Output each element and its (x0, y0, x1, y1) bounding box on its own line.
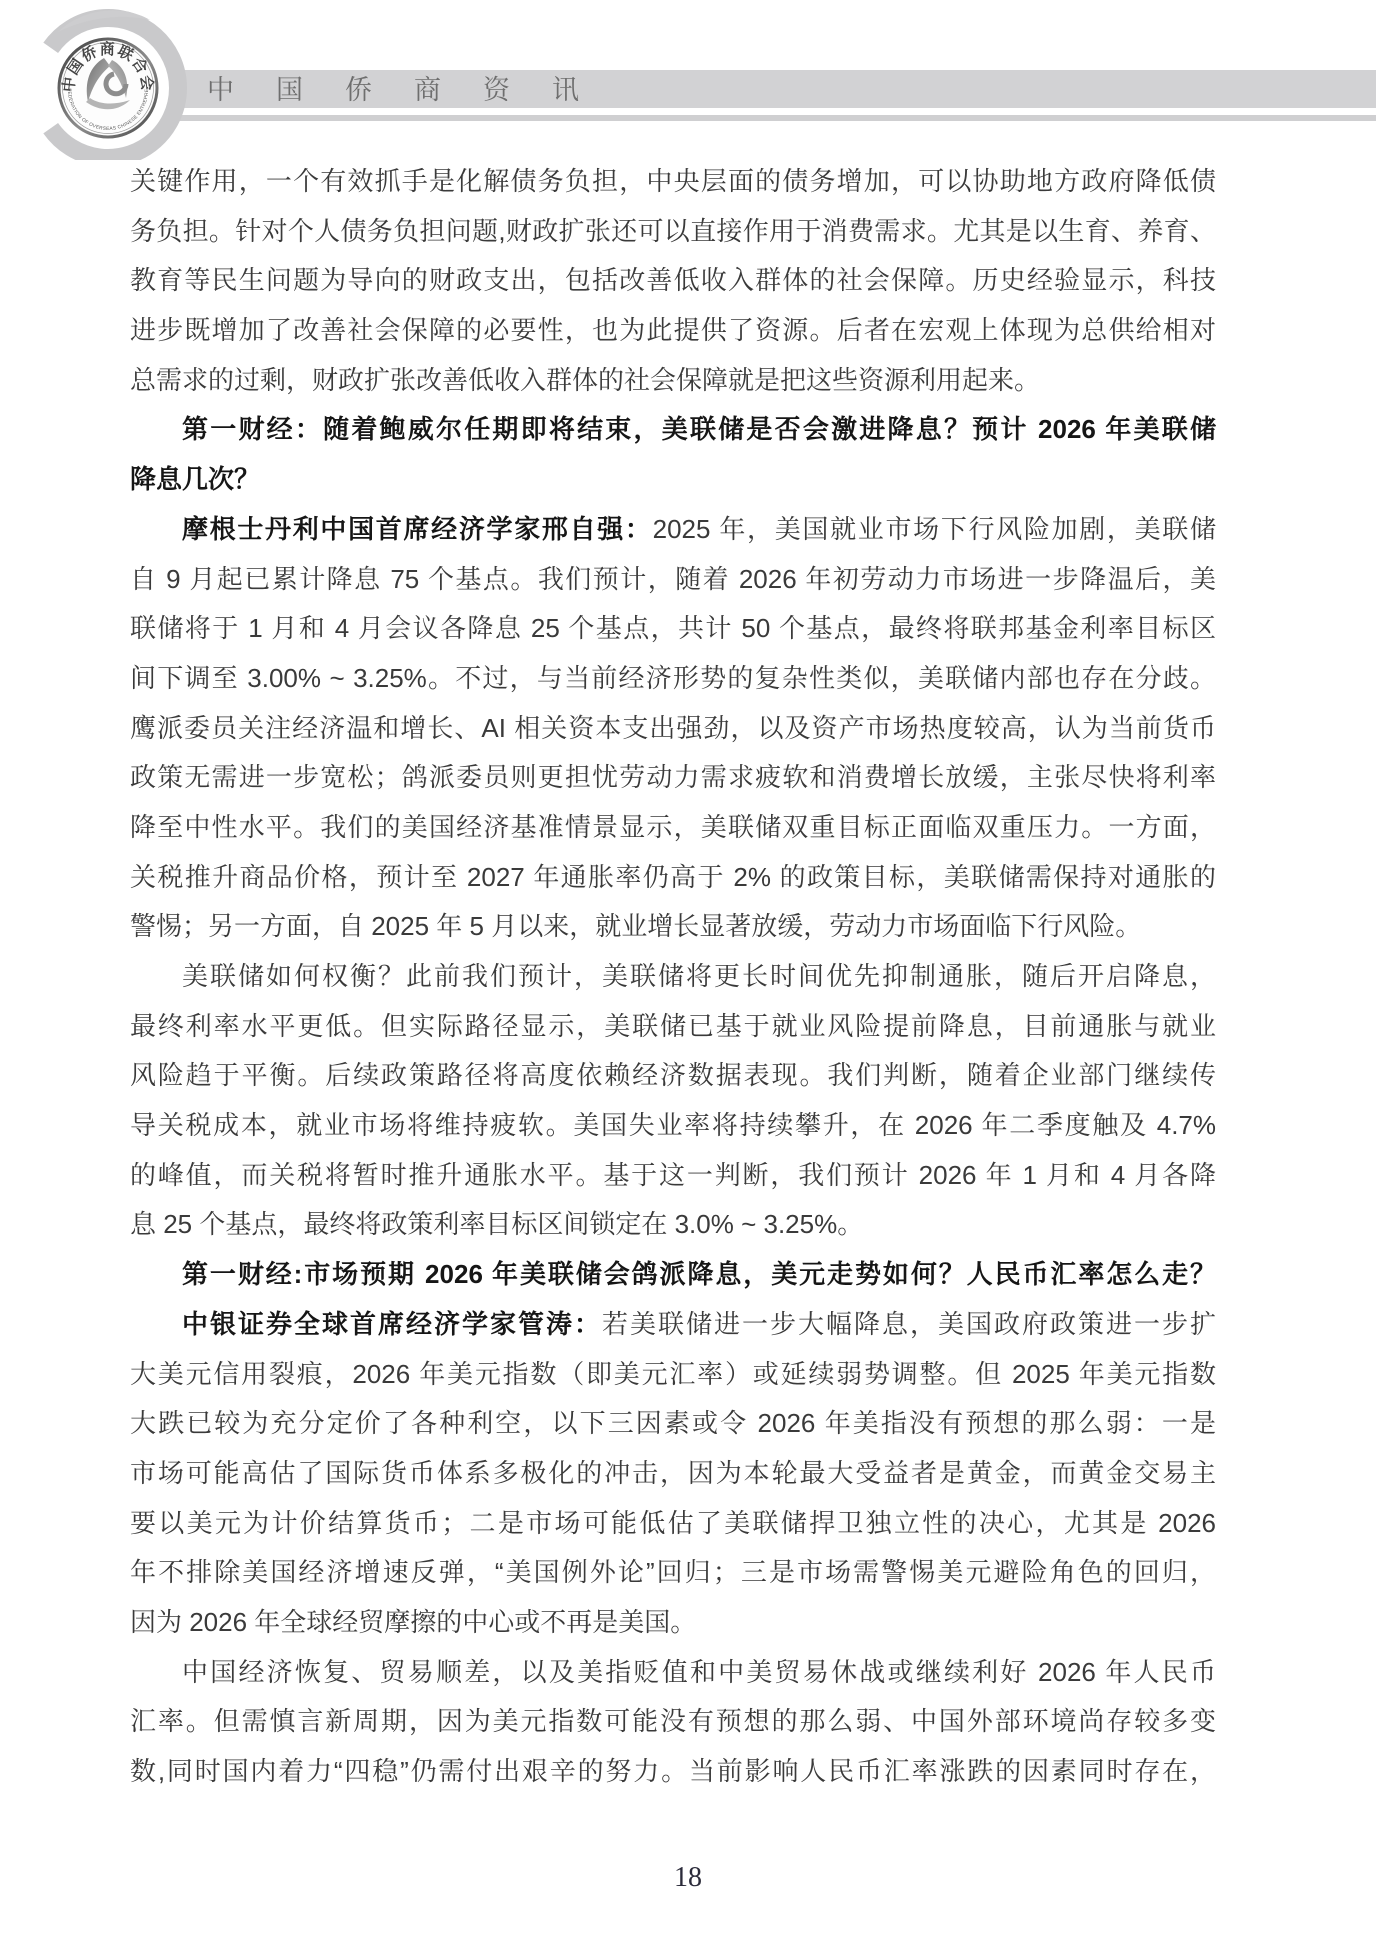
text-line: 汇率。但需慎言新周期，因为美元指数可能没有预想的那么弱、中国外部环境尚存较多变 (130, 1697, 1216, 1747)
text-line: 年不排除美国经济增速反弹，“美国例外论”回归；三是市场需警惕美元避险角色的回归， (130, 1548, 1216, 1598)
text-line: 第一财经：随着鲍威尔任期即将结束，美联储是否会激进降息？预计 2026 年美联储 (130, 405, 1216, 455)
paragraph-xing-ziqiang-answer: 摩根士丹利中国首席经济学家邢自强：2025 年，美国就业市场下行风险加剧，美联储… (130, 505, 1216, 952)
text-line: 美联储如何权衡？此前我们预计，美联储将更长时间优先抑制通胀，随后开启降息， (130, 952, 1216, 1002)
text-line: 因为 2026 年全球经贸摩擦的中心或不再是美国。 (130, 1598, 1216, 1648)
article-body: 关键作用，一个有效抓手是化解债务负担，中央层面的债务增加，可以协助地方政府降低债… (130, 157, 1216, 1797)
document-page: 中国侨商资讯 中国侨商联合会 CHINA FED (0, 0, 1376, 1943)
question-heading-fed-rate-cuts: 第一财经：随着鲍威尔任期即将结束，美联储是否会激进降息？预计 2026 年美联储… (130, 405, 1216, 504)
text-line: 要以美元为计价结算货币；二是市场可能低估了美联储捍卫独立性的决心，尤其是 202… (130, 1499, 1216, 1549)
header-underline-bar (140, 115, 1376, 121)
text-line: 总需求的过剩，财政扩张改善低收入群体的社会保障就是把这些资源利用起来。 (130, 356, 1216, 406)
text-line: 降至中性水平。我们的美国经济基准情景显示，美联储双重目标正面临双重压力。一方面， (130, 803, 1216, 853)
text-line: 鹰派委员关注经济温和增长、AI 相关资本支出强劲，以及资产市场热度较高，认为当前… (130, 704, 1216, 754)
text-line: 进步既增加了改善社会保障的必要性，也为此提供了资源。后者在宏观上体现为总供给相对 (130, 306, 1216, 356)
text-line: 第一财经:市场预期 2026 年美联储会鸽派降息，美元走势如何？人民币汇率怎么走… (130, 1250, 1216, 1300)
paragraph-rmb-outlook: 中国经济恢复、贸易顺差，以及美指贬值和中美贸易休战或继续利好 2026 年人民币… (130, 1648, 1216, 1797)
text-line: 最终利率水平更低。但实际路径显示，美联储已基于就业风险提前降息，目前通胀与就业 (130, 1002, 1216, 1052)
text-line: 务负担。针对个人债务负担问题,财政扩张还可以直接作用于消费需求。尤其是以生育、养… (130, 207, 1216, 257)
text-line: 数,同时国内着力“四稳”仍需付出艰辛的努力。当前影响人民币汇率涨跌的因素同时存在… (130, 1747, 1216, 1797)
text-line: 自 9 月起已累计降息 75 个基点。我们预计，随着 2026 年初劳动力市场进… (130, 555, 1216, 605)
page-number: 18 (0, 1862, 1376, 1894)
paragraph-fiscal-policy: 关键作用，一个有效抓手是化解债务负担，中央层面的债务增加，可以协助地方政府降低债… (130, 157, 1216, 405)
text-line: 关键作用，一个有效抓手是化解债务负担，中央层面的债务增加，可以协助地方政府降低债 (130, 157, 1216, 207)
paragraph-guan-tao-answer: 中银证券全球首席经济学家管涛：若美联储进一步大幅降息，美国政府政策进一步扩大美元… (130, 1300, 1216, 1648)
text-line: 息 25 个基点，最终将政策利率目标区间锁定在 3.0% ~ 3.25%。 (130, 1200, 1216, 1250)
question-heading-dollar-rmb: 第一财经:市场预期 2026 年美联储会鸽派降息，美元走势如何？人民币汇率怎么走… (130, 1250, 1216, 1300)
federation-logo-icon: 中国侨商联合会 CHINA FEDERATION OF OVERSEAS CHI… (28, 2, 198, 160)
text-line: 关税推升商品价格，预计至 2027 年通胀率仍高于 2% 的政策目标，美联储需保… (130, 853, 1216, 903)
text-line: 风险趋于平衡。后续政策路径将高度依赖经济数据表现。我们判断，随着企业部门继续传 (130, 1051, 1216, 1101)
speaker-name: 中银证券全球首席经济学家管涛： (182, 1309, 602, 1339)
text-line: 中国经济恢复、贸易顺差，以及美指贬值和中美贸易休战或继续利好 2026 年人民币 (130, 1648, 1216, 1698)
text-line: 摩根士丹利中国首席经济学家邢自强：2025 年，美国就业市场下行风险加剧，美联储 (130, 505, 1216, 555)
text-line: 的峰值，而关税将暂时推升通胀水平。基于这一判断，我们预计 2026 年 1 月和… (130, 1151, 1216, 1201)
header-banner-title: 中国侨商资讯 (207, 75, 621, 105)
text-line: 教育等民生问题为导向的财政支出，包括改善低收入群体的社会保障。历史经验显示，科技 (130, 256, 1216, 306)
paragraph-fed-balance: 美联储如何权衡？此前我们预计，美联储将更长时间优先抑制通胀，随后开启降息，最终利… (130, 952, 1216, 1250)
text-line: 降息几次？ (130, 455, 1216, 505)
text-line: 中银证券全球首席经济学家管涛：若美联储进一步大幅降息，美国政府政策进一步扩 (130, 1300, 1216, 1350)
text-line: 警惕；另一方面，自 2025 年 5 月以来，就业增长显著放缓，劳动力市场面临下… (130, 902, 1216, 952)
text-line: 导关税成本，就业市场将维持疲软。美国失业率将持续攀升，在 2026 年二季度触及… (130, 1101, 1216, 1151)
text-line: 政策无需进一步宽松；鸽派委员则更担忧劳动力需求疲软和消费增长放缓，主张尽快将利率 (130, 753, 1216, 803)
text-line: 市场可能高估了国际货币体系多极化的冲击，因为本轮最大受益者是黄金，而黄金交易主 (130, 1449, 1216, 1499)
text-line: 联储将于 1 月和 4 月会议各降息 25 个基点，共计 50 个基点，最终将联… (130, 604, 1216, 654)
text-line: 大美元信用裂痕，2026 年美元指数（即美元汇率）或延续弱势调整。但 2025 … (130, 1350, 1216, 1400)
speaker-name: 摩根士丹利中国首席经济学家邢自强： (182, 514, 653, 544)
text-line: 间下调至 3.00% ~ 3.25%。不过，与当前经济形势的复杂性类似，美联储内… (130, 654, 1216, 704)
text-line: 大跌已较为充分定价了各种利空，以下三因素或令 2026 年美指没有预想的那么弱：… (130, 1399, 1216, 1449)
